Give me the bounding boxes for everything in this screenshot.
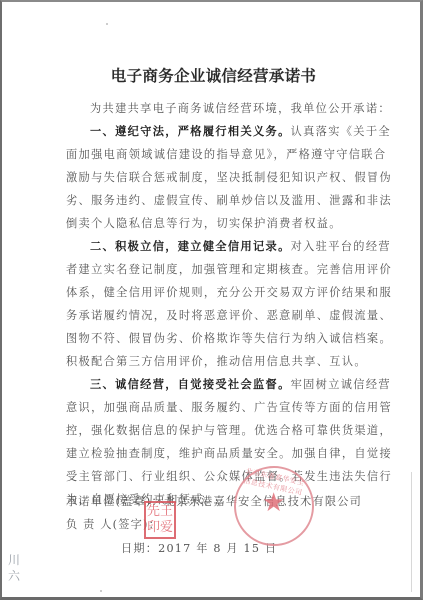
page-edge-line: [411, 472, 412, 592]
document-title: 电子商务企业诚信经营承诺书: [2, 64, 423, 86]
seal-char: 爱: [160, 520, 173, 535]
company-seal: 北京东港嘉华安全信息技术有限公司 ★: [234, 466, 314, 546]
seal-char: 王: [160, 504, 173, 519]
star-icon: ★: [262, 488, 285, 518]
section-2-line: 积极配合第三方信用评价，推动信用信息共享、互认。: [66, 350, 356, 373]
seal-char: 先: [147, 504, 160, 519]
section-3-line: 建立检验抽查制度，维护商品质量安全。加强自律，自觉接: [66, 442, 356, 465]
signature-unit-row: 承诺单位(盖章)：北京东港嘉华安全信息技术有限公司: [66, 493, 362, 509]
section-3-line: 受主管部门、行业组织、公众媒体监督。若发生违法失信行: [66, 465, 356, 488]
handwritten-note: 川 六: [8, 552, 30, 584]
date-value: 2017 年 8 月 15 日: [158, 542, 277, 555]
date-label: 日期：: [121, 542, 158, 555]
section-2-text: 对入驻平台的经营: [291, 240, 391, 253]
intro-paragraph: 为共建共享电子商务诚信经营环境，我单位公开承诺：: [66, 97, 356, 120]
section-2-line: 者建立实名登记制度，加强管理和定期核查。完善信用评价: [66, 258, 356, 281]
section-1-line: 面加强电商领域诚信建设的指导意见》，严格遵守守信联合: [66, 143, 356, 166]
document-page: 电子商务企业诚信经营承诺书 为共建共享电子商务诚信经营环境，我单位公开承诺： 一…: [0, 0, 423, 600]
section-3-line: 意识，加强商品质量、服务履约、广告宣传等方面的信用管: [66, 396, 356, 419]
section-2-line: 体系，健全信用评价规则，充分公开交易双方评价结果和服: [66, 281, 356, 304]
section-3-heading: 三、诚信经营，自觉接受社会监督。: [90, 377, 291, 391]
section-2-first-line: 二、积极立信，建立健全信用记录。对入驻平台的经营: [66, 235, 356, 258]
section-1-line: 劣、服务违约、虚假宣传、刷单炒信以及滥用、泄露和非法: [66, 189, 356, 212]
scan-speck: [106, 23, 108, 25]
section-3-text: 牢固树立诚信经营: [291, 378, 391, 391]
handwriting-char: 川: [8, 553, 20, 567]
scan-speck: [100, 590, 102, 592]
handwriting-char: 六: [8, 569, 20, 583]
section-1-heading: 一、遵纪守法，严格履行相关义务。: [90, 124, 291, 138]
document-body: 为共建共享电子商务诚信经营环境，我单位公开承诺： 一、遵纪守法，严格履行相关义务…: [66, 97, 356, 511]
section-1-first-line: 一、遵纪守法，严格履行相关义务。认真落实《关于全: [66, 120, 356, 143]
date-row: 日期：2017 年 8 月 15 日: [121, 540, 277, 556]
section-2-heading: 二、积极立信，建立健全信用记录。: [90, 239, 291, 253]
section-1-line: 倒卖个人隐私信息等行为，切实保护消费者权益。: [66, 212, 356, 235]
section-1-text: 认真落实《关于全: [291, 125, 391, 138]
section-2-line: 图物不符、假冒伪劣、价格欺诈等失信行为纳入诚信档案。: [66, 327, 356, 350]
section-1-line: 激励与失信联合惩戒制度，坚决抵制侵犯知识产权、假冒伪: [66, 166, 356, 189]
section-2-line: 务承诺履约情况，及时将恶意评价、恶意刷单、虚假流量、: [66, 304, 356, 327]
section-3-line: 控，强化数据信息的保护与管理。优选合格可靠供货渠道，: [66, 419, 356, 442]
section-3-first-line: 三、诚信经营，自觉接受社会监督。牢固树立诚信经营: [66, 373, 356, 396]
seal-char: 印: [147, 520, 160, 535]
personal-seal: 先王 印爱: [144, 501, 176, 539]
